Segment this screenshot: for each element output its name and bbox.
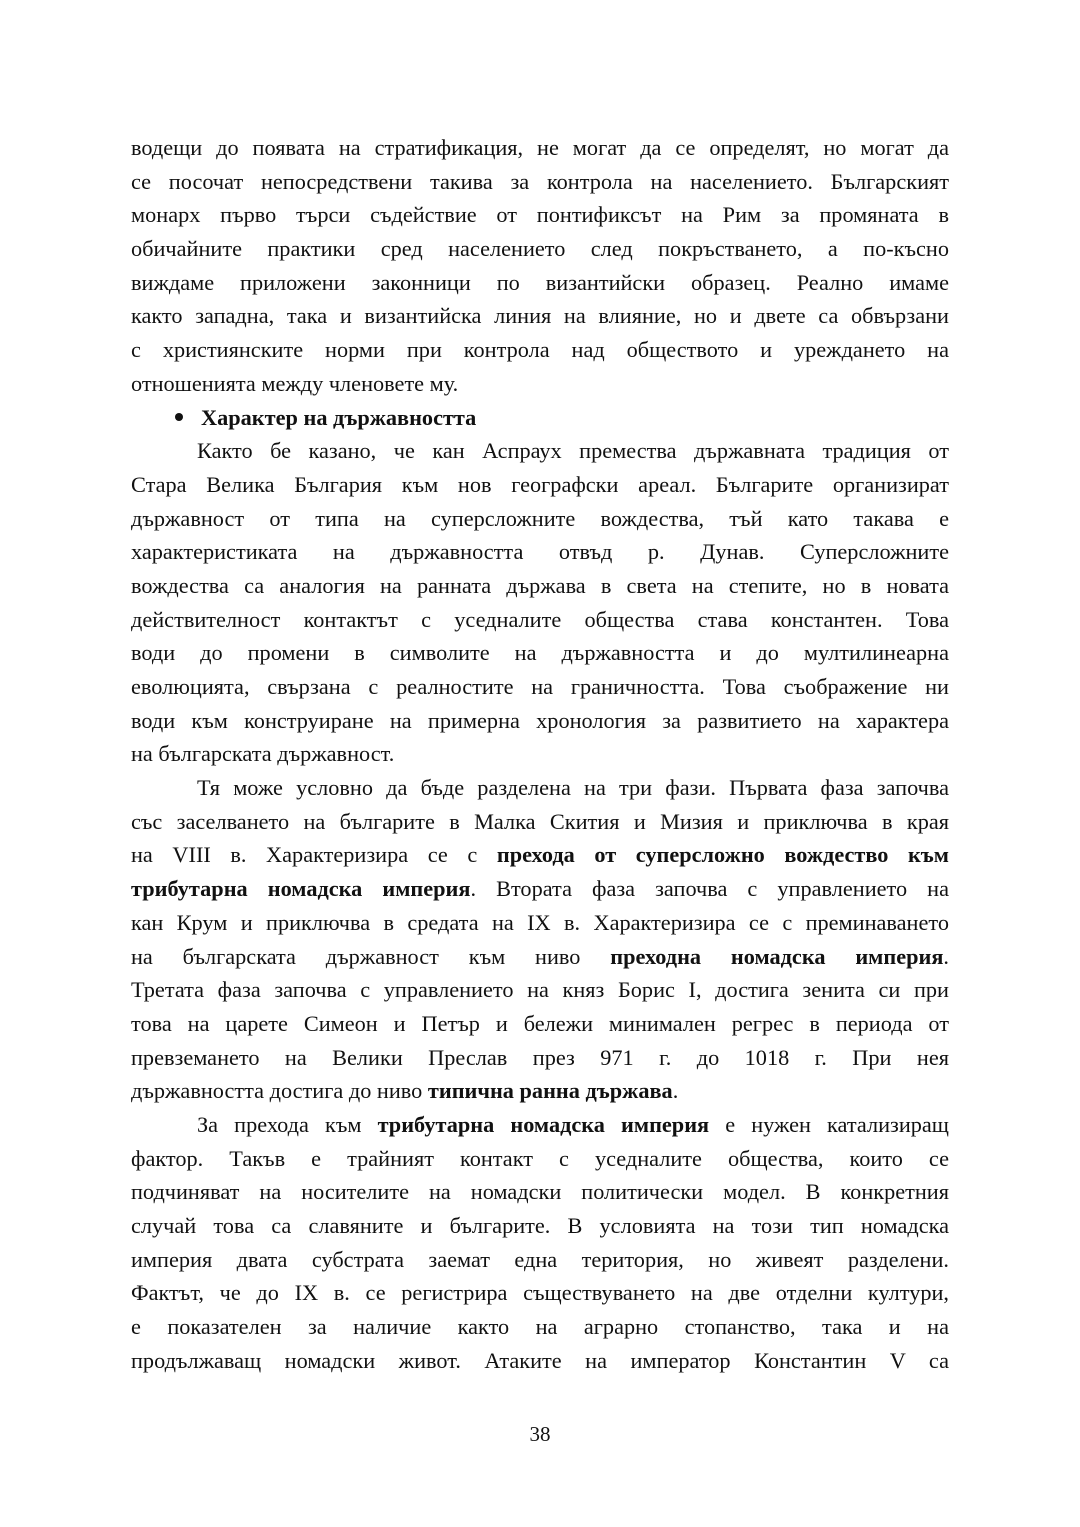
text-line: Третата фаза започва с управлението на к… <box>131 973 949 1007</box>
text-line: монарх първо търси съдействие от понтифи… <box>131 198 949 232</box>
section-heading-text: Характер на държавността <box>201 401 476 435</box>
emphasis-text: прехода от суперсложно вождество към <box>497 842 949 867</box>
text-line: Тя може условно да бъде разделена на три… <box>131 771 949 805</box>
text-span: . <box>943 944 949 969</box>
text-line: случай това са славяните и българите. В … <box>131 1209 949 1243</box>
text-line: Както бе казано, че кан Аспраух преместв… <box>131 434 949 468</box>
text-line: водещи до появата на стратификация, не м… <box>131 131 949 165</box>
text-span: За прехода към <box>197 1112 378 1137</box>
text-line: както западна, така и византийска линия … <box>131 299 949 333</box>
text-line: кан Крум и приключва в средата на IX в. … <box>131 906 949 940</box>
text-line: подчиняват на носителите на номадски пол… <box>131 1175 949 1209</box>
text-span: . Втората фаза започва с управлението на <box>470 876 949 901</box>
text-line: е показателен за наличие както на аграрн… <box>131 1310 949 1344</box>
text-line: еволюцията, свързана с реалностите на гр… <box>131 670 949 704</box>
paragraph-4: За прехода към трибутарна номадска импер… <box>131 1108 949 1378</box>
text-line: води до промени в символите на държавнос… <box>131 636 949 670</box>
text-line: на VIII в. Характеризира се с прехода от… <box>131 838 949 872</box>
text-span: държавността достига до ниво <box>131 1078 428 1103</box>
text-line: се посочат непосредствени такива за конт… <box>131 165 949 199</box>
bullet-icon <box>175 413 183 421</box>
text-line: това на царете Симеон и Петър и бележи м… <box>131 1007 949 1041</box>
text-span: е нужен катализиращ <box>709 1112 949 1137</box>
text-line: на българската държавност. <box>131 737 949 771</box>
text-line: държавност от типа на суперсложните вожд… <box>131 502 949 536</box>
text-line: със заселването на българите в Малка Ски… <box>131 805 949 839</box>
text-line: превземането на Велики Преслав през 971 … <box>131 1041 949 1075</box>
text-line: вождества са аналогия на ранната държава… <box>131 569 949 603</box>
text-line: с християнските норми при контрола над о… <box>131 333 949 367</box>
text-line: действителност контактът с уседналите об… <box>131 603 949 637</box>
emphasis-text: преходна номадска империя <box>610 944 943 969</box>
text-line: За прехода към трибутарна номадска импер… <box>131 1108 949 1142</box>
text-span: на българската държавност към ниво <box>131 944 610 969</box>
text-line: на българската държавност към ниво прехо… <box>131 940 949 974</box>
text-line: трибутарна номадска империя. Втората фаз… <box>131 872 949 906</box>
text-line: продължаващ номадски живот. Атаките на и… <box>131 1344 949 1378</box>
text-line: Стара Велика България към нов географски… <box>131 468 949 502</box>
page-number: 38 <box>0 1422 1080 1446</box>
text-line: води към конструиране на примерна хронол… <box>131 704 949 738</box>
text-span: на VIII в. Характеризира се с <box>131 842 497 867</box>
text-line: фактор. Такъв е трайният контакт с уседн… <box>131 1142 949 1176</box>
text-line: обичайните практики сред населението сле… <box>131 232 949 266</box>
document-page: водещи до появата на стратификация, не м… <box>131 131 949 1377</box>
paragraph-2: Както бе казано, че кан Аспраух преместв… <box>131 434 949 771</box>
emphasis-text: трибутарна номадска империя <box>378 1112 710 1137</box>
text-line: империя двата субстрата заемат една тери… <box>131 1243 949 1277</box>
text-line: държавността достига до ниво типична ран… <box>131 1074 949 1108</box>
emphasis-text: типична ранна държава <box>428 1078 673 1103</box>
paragraph-1: водещи до появата на стратификация, не м… <box>131 131 949 401</box>
paragraph-3: Тя може условно да бъде разделена на три… <box>131 771 949 1108</box>
text-line: виждаме приложени законници по византийс… <box>131 266 949 300</box>
text-line: Фактът, че до IX в. се регистрира същест… <box>131 1276 949 1310</box>
section-heading: Характер на държавността <box>131 401 949 435</box>
emphasis-text: трибутарна номадска империя <box>131 876 470 901</box>
text-line: отношенията между членовете му. <box>131 367 949 401</box>
text-span: . <box>673 1078 679 1103</box>
text-line: характеристиката на държавността отвъд р… <box>131 535 949 569</box>
